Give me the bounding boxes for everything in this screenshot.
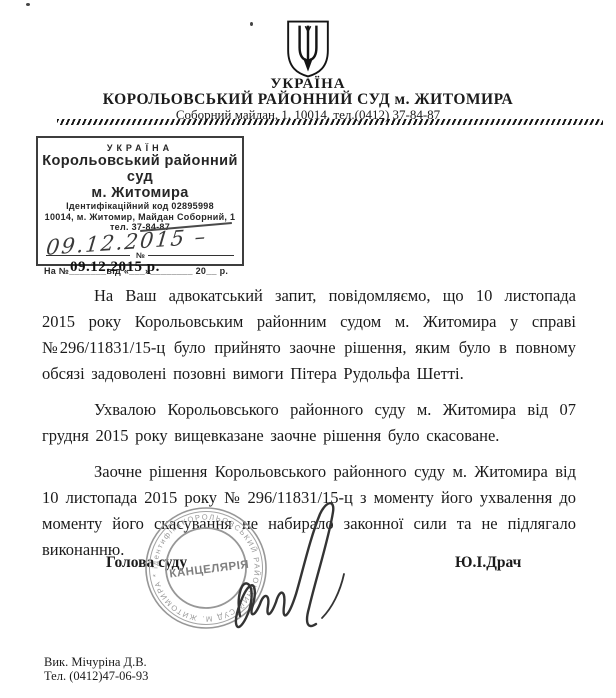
stamp-form-row: На №_______від «___»________ 20__ р. 09.… — [38, 261, 242, 284]
stamp-id-code: Ідентифікаційний код 02895998 — [38, 201, 242, 212]
scan-speck — [250, 22, 253, 26]
executor-line: Вик. Мічуріна Д.В. — [44, 655, 147, 669]
signer-name: Ю.І.Драч — [455, 554, 521, 572]
blank-underline — [148, 255, 234, 256]
paragraph-1: На Ваш адвокатський запит, повідомляємо,… — [42, 283, 576, 387]
hatched-divider — [57, 119, 603, 125]
paragraph-2: Ухвалою Корольовського районного суду м.… — [42, 397, 576, 449]
stamp-address: 10014, м. Житомир, Майдан Соборний, 1 — [38, 212, 242, 223]
scan-speck — [26, 3, 30, 6]
stamp-court-line1: Корольовський районний суд — [38, 153, 242, 185]
signature-icon — [204, 496, 364, 646]
handwritten-date-row: № 09.12.2015 – — [38, 234, 242, 261]
executor-phone: Тел. (0412)47-06-93 — [44, 669, 148, 683]
stamp-court-line2: м. Житомира — [38, 185, 242, 201]
stamp-country: УКРАЇНА — [38, 143, 242, 153]
scanned-court-letter: УКРАЇНА КОРОЛЬОВСЬКИЙ РАЙОННИЙ СУД м. ЖИ… — [0, 0, 616, 698]
trident-emblem-icon — [285, 20, 331, 78]
registration-stamp-box: УКРАЇНА Корольовський районний суд м. Жи… — [36, 136, 244, 266]
stamped-date: 09.12.2015 р. — [70, 259, 160, 276]
